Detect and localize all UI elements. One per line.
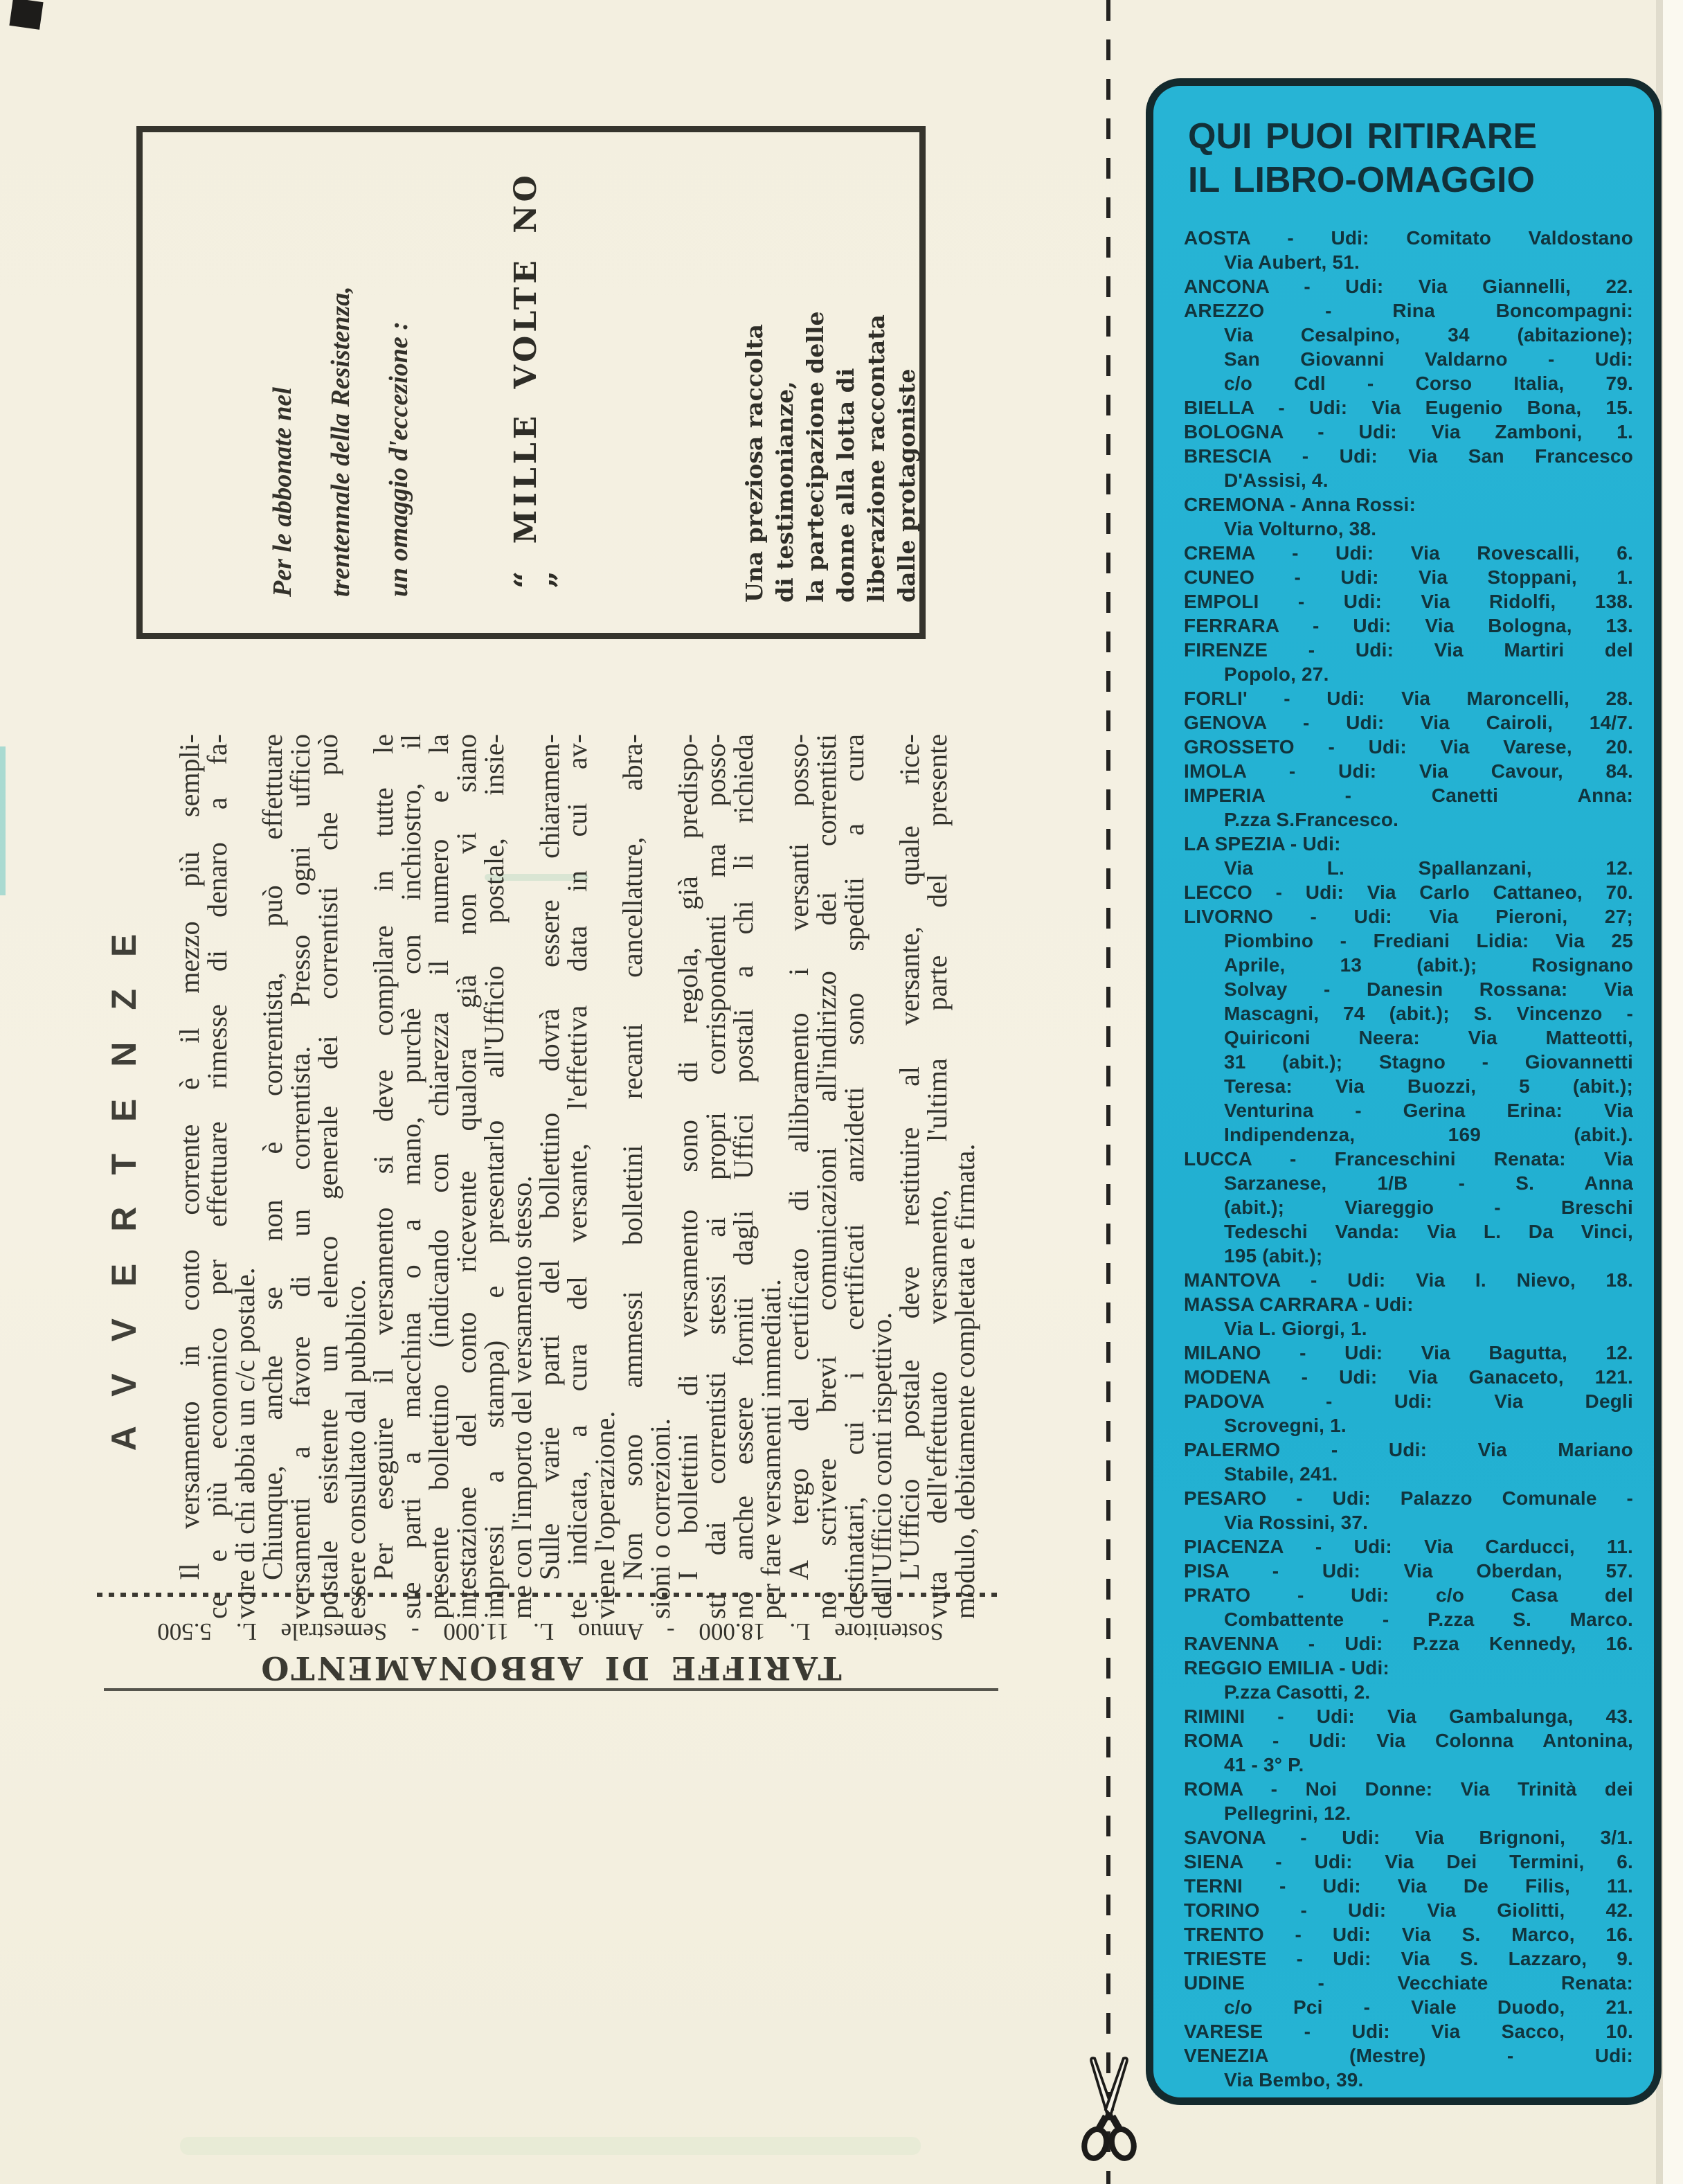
list-item: EMPOLI - Udi: Via Ridolfi, 138. <box>1184 589 1633 614</box>
body-line: presente bollettino (indicando con chiar… <box>425 734 453 1619</box>
list-line: TRIESTE - Udi: Via S. Lazzaro, 9. <box>1184 1946 1633 1971</box>
list-item: IMPERIA - Canetti Anna:P.zza S.Francesco… <box>1184 783 1633 832</box>
list-line: MILANO - Udi: Via Bagutta, 12. <box>1184 1341 1633 1365</box>
list-line: Via L. Giorgi, 1. <box>1184 1316 1633 1341</box>
list-line: ANCONA - Udi: Via Giannelli, 22. <box>1184 274 1633 298</box>
list-item: FIRENZE - Udi: Via Martiri delPopolo, 27… <box>1184 638 1633 686</box>
list-line: Sarzanese, 1/B - S. Anna <box>1184 1171 1633 1195</box>
list-line: GROSSETO - Udi: Via Varese, 20. <box>1184 735 1633 759</box>
body-line: Sulle varie parti del bollettino dovrà e… <box>536 734 564 1619</box>
promo-intro-line: trentennale della Resistenza, <box>312 132 370 597</box>
body-line: per fare versamenti immediati. <box>757 734 785 1619</box>
list-line: MODENA - Udi: Via Ganaceto, 121. <box>1184 1365 1633 1389</box>
scanned-magazine-page: Per le abbonate nel trentennale della Re… <box>0 0 1683 2184</box>
list-line: Indipendenza, 169 (abit.). <box>1184 1122 1633 1147</box>
list-line: ROMA - Udi: Via Colonna Antonina, <box>1184 1728 1633 1753</box>
list-item: SAVONA - Udi: Via Brignoni, 3/1. <box>1184 1825 1633 1850</box>
body-line: sti dai correntisti stessi ai propri cor… <box>702 734 730 1619</box>
list-line: CREMA - Udi: Via Rovescalli, 6. <box>1184 541 1633 565</box>
list-line: (abit.); Viareggio - Breschi <box>1184 1195 1633 1219</box>
list-line: Popolo, 27. <box>1184 662 1633 686</box>
pickup-box-title: QUI PUOI RITIRARE IL LIBRO-OMAGGIO <box>1184 115 1633 202</box>
dotted-separator <box>97 1593 1002 1597</box>
list-line: REGGIO EMILIA - Udi: <box>1184 1656 1633 1680</box>
body-line: dell'Ufficio conti rispettivo. <box>868 734 896 1619</box>
list-item: VENEZIA (Mestre) - Udi:Via Bembo, 39. <box>1184 2043 1633 2092</box>
list-item: TRIESTE - Udi: Via S. Lazzaro, 9. <box>1184 1946 1633 1971</box>
list-line: Via Volturno, 38. <box>1184 517 1633 541</box>
list-item: IMOLA - Udi: Via Cavour, 84. <box>1184 759 1633 783</box>
body-line: Il versamento in conto corrente è il mez… <box>176 734 204 1619</box>
body-line: ce e più economico per effettuare rimess… <box>204 734 231 1619</box>
list-line: TRENTO - Udi: Via S. Marco, 16. <box>1184 1922 1633 1946</box>
list-item: BIELLA - Udi: Via Eugenio Bona, 15. <box>1184 395 1633 420</box>
list-line: LECCO - Udi: Via Carlo Cattaneo, 70. <box>1184 880 1633 904</box>
body-line: A tergo del certificato di allibramento … <box>785 734 813 1619</box>
list-item: UDINE - Vecchiate Renata:c/o Pci - Viale… <box>1184 1971 1633 2019</box>
list-item: MANTOVA - Udi: Via I. Nievo, 18. <box>1184 1268 1633 1292</box>
body-line: sue parti a macchina o a mano, purchè co… <box>397 734 425 1619</box>
list-line: D'Assisi, 4. <box>1184 468 1633 492</box>
avvertenze-section: AVVERTENZE Il versamento in conto corren… <box>104 734 998 1619</box>
list-item: FERRARA - Udi: Via Bologna, 13. <box>1184 614 1633 638</box>
list-line: SIENA - Udi: Via Dei Termini, 6. <box>1184 1850 1633 1874</box>
list-line: BOLOGNA - Udi: Via Zamboni, 1. <box>1184 420 1633 444</box>
promo-gift-box: Per le abbonate nel trentennale della Re… <box>136 126 926 639</box>
book-description-line: la partecipazione delle <box>800 132 831 602</box>
list-line: EMPOLI - Udi: Via Ridolfi, 138. <box>1184 589 1633 614</box>
promo-intro-line: Per le abbonate nel <box>253 132 312 597</box>
body-line: no scrivere brevi comunicazioni all'indi… <box>813 734 840 1619</box>
list-item: LECCO - Udi: Via Carlo Cattaneo, 70. <box>1184 880 1633 904</box>
list-item: CUNEO - Udi: Via Stoppani, 1. <box>1184 565 1633 589</box>
list-line: PESARO - Udi: Palazzo Comunale - <box>1184 1486 1633 1510</box>
list-item: FORLI' - Udi: Via Maroncelli, 28. <box>1184 686 1633 710</box>
list-item: TORINO - Udi: Via Giolitti, 42. <box>1184 1898 1633 1922</box>
body-line: destinatari, cui i certificati anzidetti… <box>840 734 868 1619</box>
avvertenze-body: Il versamento in conto corrente è il mez… <box>176 734 979 1619</box>
list-line: Combattente - P.zza S. Marco. <box>1184 1607 1633 1631</box>
pickup-box-title-line: IL LIBRO-OMAGGIO <box>1188 159 1633 202</box>
tariffe-block: TARIFFE DI ABBONAMENTO Sostenitore L. 18… <box>97 1602 1004 1687</box>
list-item: AOSTA - Udi: Comitato ValdostanoVia Aube… <box>1184 226 1633 274</box>
list-line: 41 - 3° P. <box>1184 1753 1633 1777</box>
body-line: me con l'importo del versamento stesso. <box>508 734 536 1619</box>
body-line: intestazione del conto ricevente qualora… <box>453 734 480 1619</box>
body-line: versamenti a favore di un correntista. P… <box>287 734 314 1619</box>
list-item: PADOVA - Udi: Via DegliScrovegni, 1. <box>1184 1389 1633 1438</box>
list-line: c/o Pci - Viale Duodo, 21. <box>1184 1995 1633 2019</box>
list-line: MANTOVA - Udi: Via I. Nievo, 18. <box>1184 1268 1633 1292</box>
list-line: Scrovegni, 1. <box>1184 1413 1633 1438</box>
scan-smudge <box>0 746 6 895</box>
list-item: RAVENNA - Udi: P.zza Kennedy, 16. <box>1184 1631 1633 1656</box>
list-line: ROMA - Noi Donne: Via Trinità dei <box>1184 1777 1633 1801</box>
list-item: REGGIO EMILIA - Udi:P.zza Casotti, 2. <box>1184 1656 1633 1704</box>
list-line: PALERMO - Udi: Via Mariano <box>1184 1438 1633 1462</box>
tariffe-rates: Sostenitore L. 18.000 - Annuo L. 11.000 … <box>97 1618 1004 1645</box>
list-line: Via L. Spallanzani, 12. <box>1184 856 1633 880</box>
list-line: CREMONA - Anna Rossi: <box>1184 492 1633 517</box>
list-line: Venturina - Gerina Erina: Via <box>1184 1098 1633 1122</box>
body-line: Chiunque, anche se non è correntista, pu… <box>259 734 287 1619</box>
list-item: RIMINI - Udi: Via Gambalunga, 43. <box>1184 1704 1633 1728</box>
list-line: AREZZO - Rina Boncompagni: <box>1184 298 1633 323</box>
list-item: PESARO - Udi: Palazzo Comunale -Via Ross… <box>1184 1486 1633 1534</box>
pickup-box-title-line: QUI PUOI RITIRARE <box>1188 115 1633 159</box>
list-line: Teresa: Via Buozzi, 5 (abit.); <box>1184 1074 1633 1098</box>
list-item: GROSSETO - Udi: Via Varese, 20. <box>1184 735 1633 759</box>
list-line: PIACENZA - Udi: Via Carducci, 11. <box>1184 1534 1633 1559</box>
list-item: BOLOGNA - Udi: Via Zamboni, 1. <box>1184 420 1633 444</box>
scan-corner-mark <box>9 0 43 30</box>
body-line: Per eseguire il versamento si deve compi… <box>370 734 397 1619</box>
body-line: vuta dell'effettuato versamento, l'ultim… <box>924 734 951 1619</box>
list-line: LIVORNO - Udi: Via Pieroni, 27; <box>1184 904 1633 929</box>
list-line: LUCCA - Franceschini Renata: Via <box>1184 1147 1633 1171</box>
list-line: Solvay - Danesin Rossana: Via <box>1184 977 1633 1001</box>
list-line: Quiriconi Neera: Via Matteotti, <box>1184 1026 1633 1050</box>
list-line: FORLI' - Udi: Via Maroncelli, 28. <box>1184 686 1633 710</box>
list-line: P.zza S.Francesco. <box>1184 807 1633 832</box>
list-line: RAVENNA - Udi: P.zza Kennedy, 16. <box>1184 1631 1633 1656</box>
list-line: BRESCIA - Udi: Via San Francesco <box>1184 444 1633 468</box>
list-line: LA SPEZIA - Udi: <box>1184 832 1633 856</box>
list-item: ROMA - Udi: Via Colonna Antonina,41 - 3°… <box>1184 1728 1633 1777</box>
list-item: ANCONA - Udi: Via Giannelli, 22. <box>1184 274 1633 298</box>
list-line: P.zza Casotti, 2. <box>1184 1680 1633 1704</box>
list-item: LA SPEZIA - Udi:Via L. Spallanzani, 12. <box>1184 832 1633 880</box>
list-item: BRESCIA - Udi: Via San FrancescoD'Assisi… <box>1184 444 1633 492</box>
print-ghosting <box>180 2137 921 2155</box>
list-item: MODENA - Udi: Via Ganaceto, 121. <box>1184 1365 1633 1389</box>
list-line: 195 (abit.); <box>1184 1244 1633 1268</box>
list-line: SAVONA - Udi: Via Brignoni, 3/1. <box>1184 1825 1633 1850</box>
body-line: essere consultato dal pubblico. <box>342 734 370 1619</box>
page-edge <box>1663 0 1683 2184</box>
book-description-line: di testimonianze, <box>770 132 800 602</box>
list-item: LIVORNO - Udi: Via Pieroni, 27;Piombino … <box>1184 904 1633 1147</box>
list-item: AREZZO - Rina Boncompagni:Via Cesalpino,… <box>1184 298 1633 395</box>
list-line: Tedeschi Vanda: Via L. Da Vinci, <box>1184 1219 1633 1244</box>
list-line: GENOVA - Udi: Via Cairoli, 14/7. <box>1184 710 1633 735</box>
book-description-line: Una preziosa raccolta <box>739 132 770 602</box>
list-line: VARESE - Udi: Via Sacco, 10. <box>1184 2019 1633 2043</box>
list-item: PISA - Udi: Via Oberdan, 57. <box>1184 1559 1633 1583</box>
book-description-line: donne alla lotta di <box>831 132 861 602</box>
list-item: CREMONA - Anna Rossi:Via Volturno, 38. <box>1184 492 1633 541</box>
list-item: ROMA - Noi Donne: Via Trinità deiPellegr… <box>1184 1777 1633 1825</box>
list-line: c/o Cdl - Corso Italia, 79. <box>1184 371 1633 395</box>
list-line: TORINO - Udi: Via Giolitti, 42. <box>1184 1898 1633 1922</box>
list-item: PALERMO - Udi: Via MarianoStabile, 241. <box>1184 1438 1633 1486</box>
avvertenze-heading: AVVERTENZE <box>104 734 144 1619</box>
list-line: FERRARA - Udi: Via Bologna, 13. <box>1184 614 1633 638</box>
list-line: PADOVA - Udi: Via Degli <box>1184 1389 1633 1413</box>
list-item: VARESE - Udi: Via Sacco, 10. <box>1184 2019 1633 2043</box>
rule-line <box>104 1688 998 1691</box>
list-item: CREMA - Udi: Via Rovescalli, 6. <box>1184 541 1633 565</box>
book-title: “ MILLE VOLTE NO ” <box>508 132 579 633</box>
body-line: no anche essere forniti dagli Uffici pos… <box>730 734 757 1619</box>
body-line: sioni o correzioni. <box>647 734 674 1619</box>
book-description-line: dalle protagoniste <box>892 132 922 602</box>
scissors-icon <box>1079 2055 1140 2167</box>
list-item: TRENTO - Udi: Via S. Marco, 16. <box>1184 1922 1633 1946</box>
list-item: LUCCA - Franceschini Renata: ViaSarzanes… <box>1184 1147 1633 1268</box>
list-line: TERNI - Udi: Via De Filis, 11. <box>1184 1874 1633 1898</box>
book-description-line: liberazione raccontata <box>861 132 892 602</box>
list-line: CUNEO - Udi: Via Stoppani, 1. <box>1184 565 1633 589</box>
pickup-locations-list: AOSTA - Udi: Comitato ValdostanoVia Aube… <box>1184 226 1633 2092</box>
list-line: Piombino - Frediani Lidia: Via 25 <box>1184 929 1633 953</box>
list-line: UDINE - Vecchiate Renata: <box>1184 1971 1633 1995</box>
list-line: Via Rossini, 37. <box>1184 1510 1633 1534</box>
body-line: te indicata, a cura del versante, l'effe… <box>564 734 591 1619</box>
pickup-locations-box: QUI PUOI RITIRARE IL LIBRO-OMAGGIO AOSTA… <box>1146 78 1662 2105</box>
list-line: 31 (abit.); Stagno - Giovannetti <box>1184 1050 1633 1074</box>
list-line: San Giovanni Valdarno - Udi: <box>1184 347 1633 371</box>
list-line: PISA - Udi: Via Oberdan, 57. <box>1184 1559 1633 1583</box>
list-item: PRATO - Udi: c/o Casa delCombattente - P… <box>1184 1583 1633 1631</box>
list-line: Mascagni, 74 (abit.); S. Vincenzo - <box>1184 1001 1633 1026</box>
list-line: Pellegrini, 12. <box>1184 1801 1633 1825</box>
list-line: VENEZIA (Mestre) - Udi: <box>1184 2043 1633 2068</box>
list-line: PRATO - Udi: c/o Casa del <box>1184 1583 1633 1607</box>
list-item: MILANO - Udi: Via Bagutta, 12. <box>1184 1341 1633 1365</box>
list-line: IMPERIA - Canetti Anna: <box>1184 783 1633 807</box>
body-line: vore di chi abbia un c/c postale. <box>231 734 259 1619</box>
list-item: GENOVA - Udi: Via Cairoli, 14/7. <box>1184 710 1633 735</box>
list-item: SIENA - Udi: Via Dei Termini, 6. <box>1184 1850 1633 1874</box>
list-item: TERNI - Udi: Via De Filis, 11. <box>1184 1874 1633 1898</box>
body-line: postale esistente un elenco generale dei… <box>314 734 342 1619</box>
list-line: FIRENZE - Udi: Via Martiri del <box>1184 638 1633 662</box>
list-item: PIACENZA - Udi: Via Carducci, 11. <box>1184 1534 1633 1559</box>
list-line: Via Aubert, 51. <box>1184 250 1633 274</box>
body-line: viene l'operazione. <box>591 734 619 1619</box>
body-line: L'Ufficio postale deve restituire al ver… <box>896 734 924 1619</box>
tariffe-heading: TARIFFE DI ABBONAMENTO <box>97 1649 1004 1687</box>
body-line: I bollettini di versamento sono di regol… <box>674 734 702 1619</box>
list-line: IMOLA - Udi: Via Cavour, 84. <box>1184 759 1633 783</box>
promo-intro-text: Per le abbonate nel trentennale della Re… <box>143 132 428 633</box>
list-line: Via Cesalpino, 34 (abitazione); <box>1184 323 1633 347</box>
list-line: BIELLA - Udi: Via Eugenio Bona, 15. <box>1184 395 1633 420</box>
cut-dashed-line <box>1106 0 1110 2184</box>
promo-intro-line: un omaggio d'eccezione : <box>370 132 428 597</box>
list-line: Aprile, 13 (abit.); Rosignano <box>1184 953 1633 977</box>
list-line: Via Bembo, 39. <box>1184 2068 1633 2092</box>
list-item: MASSA CARRARA - Udi:Via L. Giorgi, 1. <box>1184 1292 1633 1341</box>
list-line: MASSA CARRARA - Udi: <box>1184 1292 1633 1316</box>
list-line: Stabile, 241. <box>1184 1462 1633 1486</box>
body-line: Non sono ammessi bollettini recanti canc… <box>619 734 647 1619</box>
body-line: modulo, debitamente completata e firmata… <box>951 734 979 1619</box>
list-line: RIMINI - Udi: Via Gambalunga, 43. <box>1184 1704 1633 1728</box>
list-line: AOSTA - Udi: Comitato Valdostano <box>1184 226 1633 250</box>
book-description: Una preziosa raccolta di testimonianze, … <box>739 132 922 633</box>
body-line: impressi a stampa) e presentarlo all'Uff… <box>480 734 508 1619</box>
